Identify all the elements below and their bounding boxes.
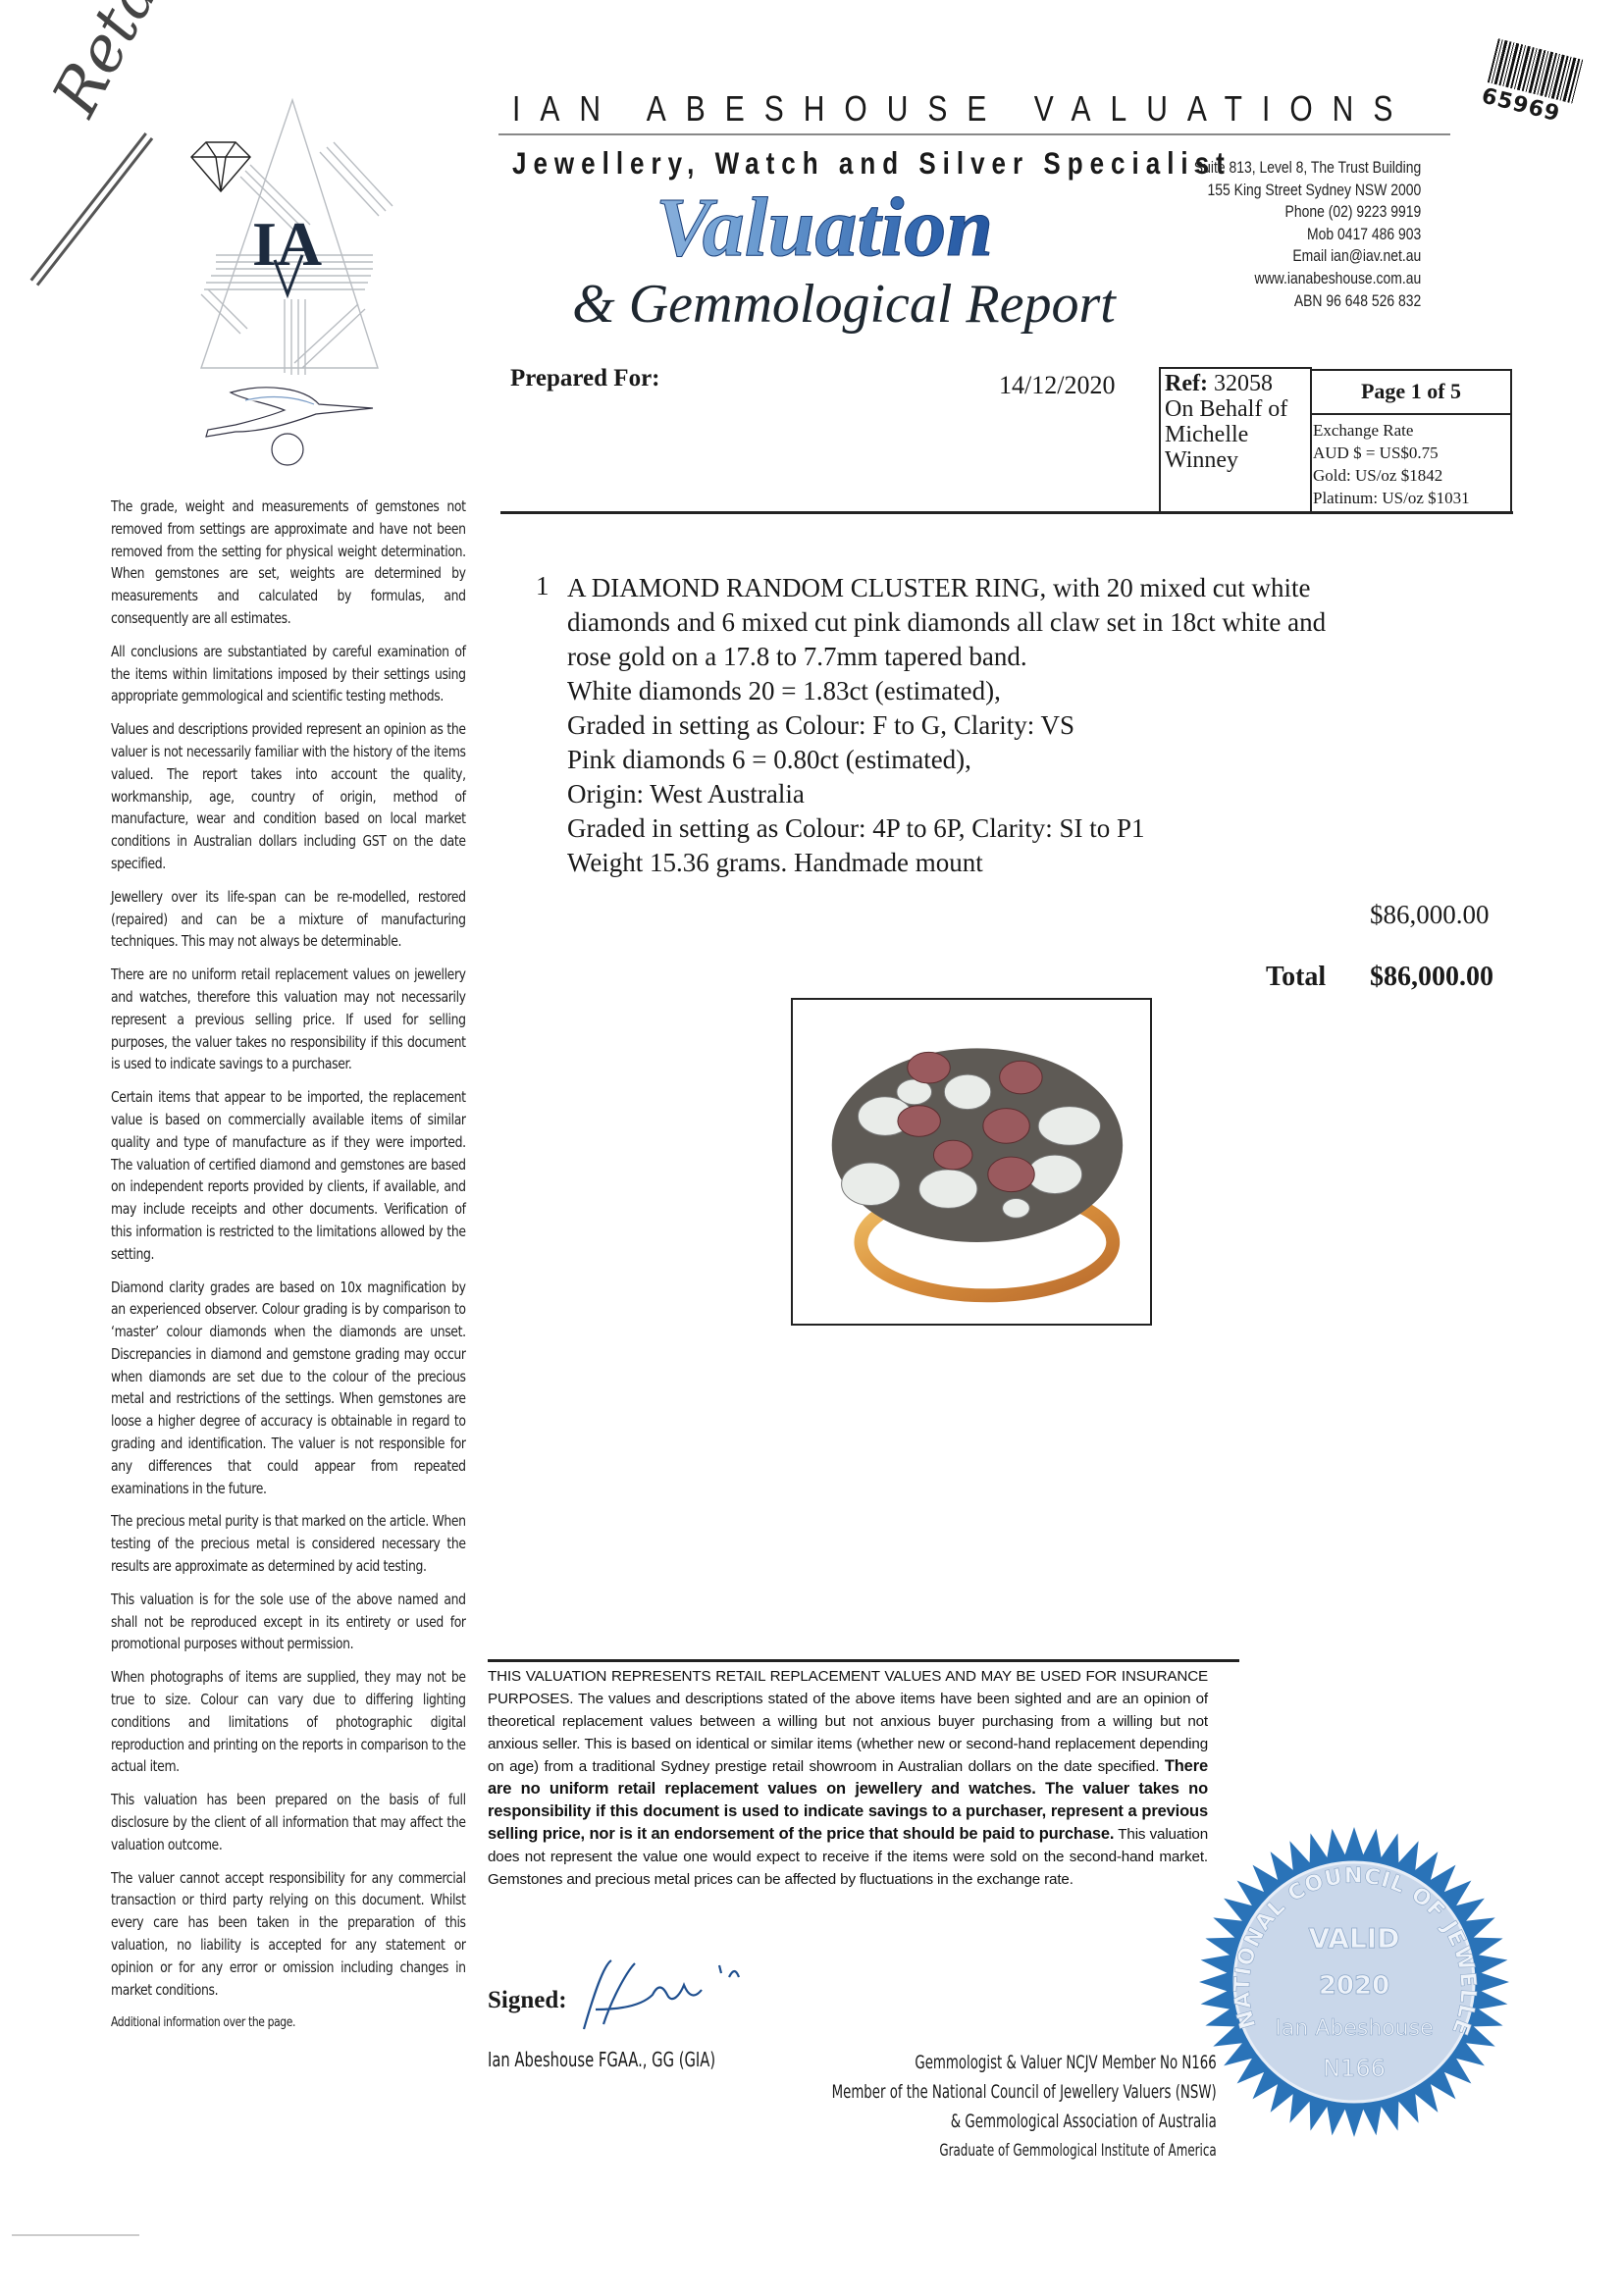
- address-line-1: Suite 813, Level 8, The Trust Building: [1194, 157, 1421, 180]
- report-title: Valuation: [550, 184, 1099, 269]
- ref-label: Ref:: [1165, 371, 1208, 396]
- term-paragraph: When photographs of items are supplied, …: [111, 1666, 466, 1778]
- client-last-name: Winney: [1165, 447, 1306, 473]
- firm-tagline: Jewellery, Watch and Silver Specialist: [512, 145, 1231, 182]
- credential-line: Graduate of Gemmological Institute of Am…: [832, 2136, 1217, 2166]
- diamond-icon: [191, 142, 250, 191]
- platinum-price: Platinum: US/oz $1031: [1313, 487, 1510, 509]
- term-paragraph: The precious metal purity is that marked…: [111, 1510, 466, 1577]
- total-label: Total: [1266, 962, 1326, 993]
- header-divider: [498, 133, 1450, 135]
- barcode-label: 65969: [1470, 34, 1601, 140]
- item-detail: Graded in setting as Colour: 4P to 6P, C…: [567, 811, 1342, 846]
- ref-number: 32058: [1214, 371, 1273, 396]
- item-detail: Origin: West Australia: [567, 777, 1342, 811]
- abn: ABN 96 648 526 832: [1194, 290, 1421, 313]
- terms-and-conditions: The grade, weight and measurements of ge…: [111, 496, 468, 2046]
- item-detail: Graded in setting as Colour: F to G, Cla…: [567, 708, 1342, 743]
- seal-name: Ian Abeshouse: [1275, 2016, 1433, 2041]
- client-first-name: Michelle: [1165, 422, 1306, 447]
- valuation-disclaimer: THIS VALUATION REPRESENTS RETAIL REPLACE…: [488, 1665, 1208, 1891]
- report-subtitle: & Gemmological Report: [510, 277, 1178, 332]
- disclaimer-divider: [488, 1659, 1239, 1662]
- seal-member-number: N166: [1323, 2055, 1386, 2082]
- ring-photo: [791, 998, 1152, 1326]
- page-indicator: Page 1 of 5: [1310, 369, 1512, 415]
- item-detail: White diamonds 20 = 1.83ct (estimated),: [567, 674, 1342, 708]
- term-paragraph: Values and descriptions provided represe…: [111, 718, 466, 875]
- term-paragraph: Jewellery over its life-span can be re-m…: [111, 886, 466, 953]
- total-value: $86,000.00: [1370, 962, 1493, 993]
- credential-line: Member of the National Council of Jewell…: [832, 2077, 1217, 2107]
- valuer-name: Ian Abeshouse FGAA., GG (GIA): [488, 2048, 715, 2071]
- footer-mark: [12, 2234, 139, 2236]
- signed-label: Signed:: [488, 1987, 567, 2014]
- mobile: Mob 0417 486 903: [1194, 224, 1421, 246]
- term-paragraph: There are no uniform retail replacement …: [111, 964, 466, 1075]
- term-paragraph: The grade, weight and measurements of ge…: [111, 496, 466, 630]
- address-line-2: 155 King Street Sydney NSW 2000: [1194, 180, 1421, 202]
- exchange-rate-box: Exchange Rate AUD $ = US$0.75 Gold: US/o…: [1310, 413, 1512, 514]
- handwritten-signature: [574, 1956, 790, 2034]
- contact-block: Suite 813, Level 8, The Trust Building 1…: [1194, 157, 1421, 312]
- handwritten-underline: [30, 132, 153, 286]
- term-paragraph: All conclusions are substantiated by car…: [111, 641, 466, 707]
- phone: Phone (02) 9223 9919: [1194, 201, 1421, 224]
- term-paragraph: Certain items that appear to be imported…: [111, 1086, 466, 1265]
- report-date: 14/12/2020: [999, 371, 1115, 400]
- disclaimer-text: THIS VALUATION REPRESENTS RETAIL REPLACE…: [488, 1668, 1208, 1775]
- email: Email ian@iav.net.au: [1194, 245, 1421, 268]
- item-description: A DIAMOND RANDOM CLUSTER RING, with 20 m…: [567, 571, 1342, 674]
- firm-name: IAN ABESHOUSE VALUATIONS: [512, 90, 1412, 130]
- exchange-rate-label: Exchange Rate: [1313, 419, 1510, 442]
- seal-status: VALID: [1309, 1922, 1400, 1955]
- term-paragraph: Diamond clarity grades are based on 10x …: [111, 1277, 466, 1500]
- ncjv-valid-seal-icon: NATIONAL COUNCIL OF JEWELLERY VALUERS NS…: [1197, 1825, 1511, 2139]
- item-detail: Pink diamonds 6 = 0.80ct (estimated),: [567, 743, 1342, 777]
- winged-figure-icon: [206, 388, 373, 465]
- ia-logo: IA: [147, 88, 432, 520]
- prepared-for-label: Prepared For:: [510, 365, 660, 392]
- terms-continued-note: Additional information over the page.: [111, 2012, 466, 2035]
- credential-line: Gemmologist & Valuer NCJV Member No N166: [832, 2048, 1217, 2077]
- item-number: 1: [536, 571, 550, 601]
- seal-year: 2020: [1319, 1971, 1389, 2001]
- reference-box: Ref: 32058 On Behalf of Michelle Winney: [1159, 367, 1312, 514]
- valuer-credentials: Gemmologist & Valuer NCJV Member No N166…: [832, 2048, 1217, 2166]
- aud-usd-rate: AUD $ = US$0.75: [1313, 442, 1510, 464]
- item-description-block: A DIAMOND RANDOM CLUSTER RING, with 20 m…: [567, 571, 1342, 880]
- term-paragraph: The valuer cannot accept responsibility …: [111, 1867, 466, 2002]
- item-detail: Weight 15.36 grams. Handmade mount: [567, 846, 1342, 880]
- section-divider: [500, 511, 1513, 514]
- on-behalf-label: On Behalf of: [1165, 396, 1306, 422]
- credential-line: & Gemmological Association of Australia: [832, 2107, 1217, 2136]
- logo-monogram: IA: [252, 209, 322, 279]
- term-paragraph: This valuation has been prepared on the …: [111, 1789, 466, 1855]
- item-price: $86,000.00: [1370, 900, 1490, 930]
- term-paragraph: This valuation is for the sole use of th…: [111, 1589, 466, 1655]
- website: www.ianabeshouse.com.au: [1194, 268, 1421, 290]
- gold-price: Gold: US/oz $1842: [1313, 464, 1510, 487]
